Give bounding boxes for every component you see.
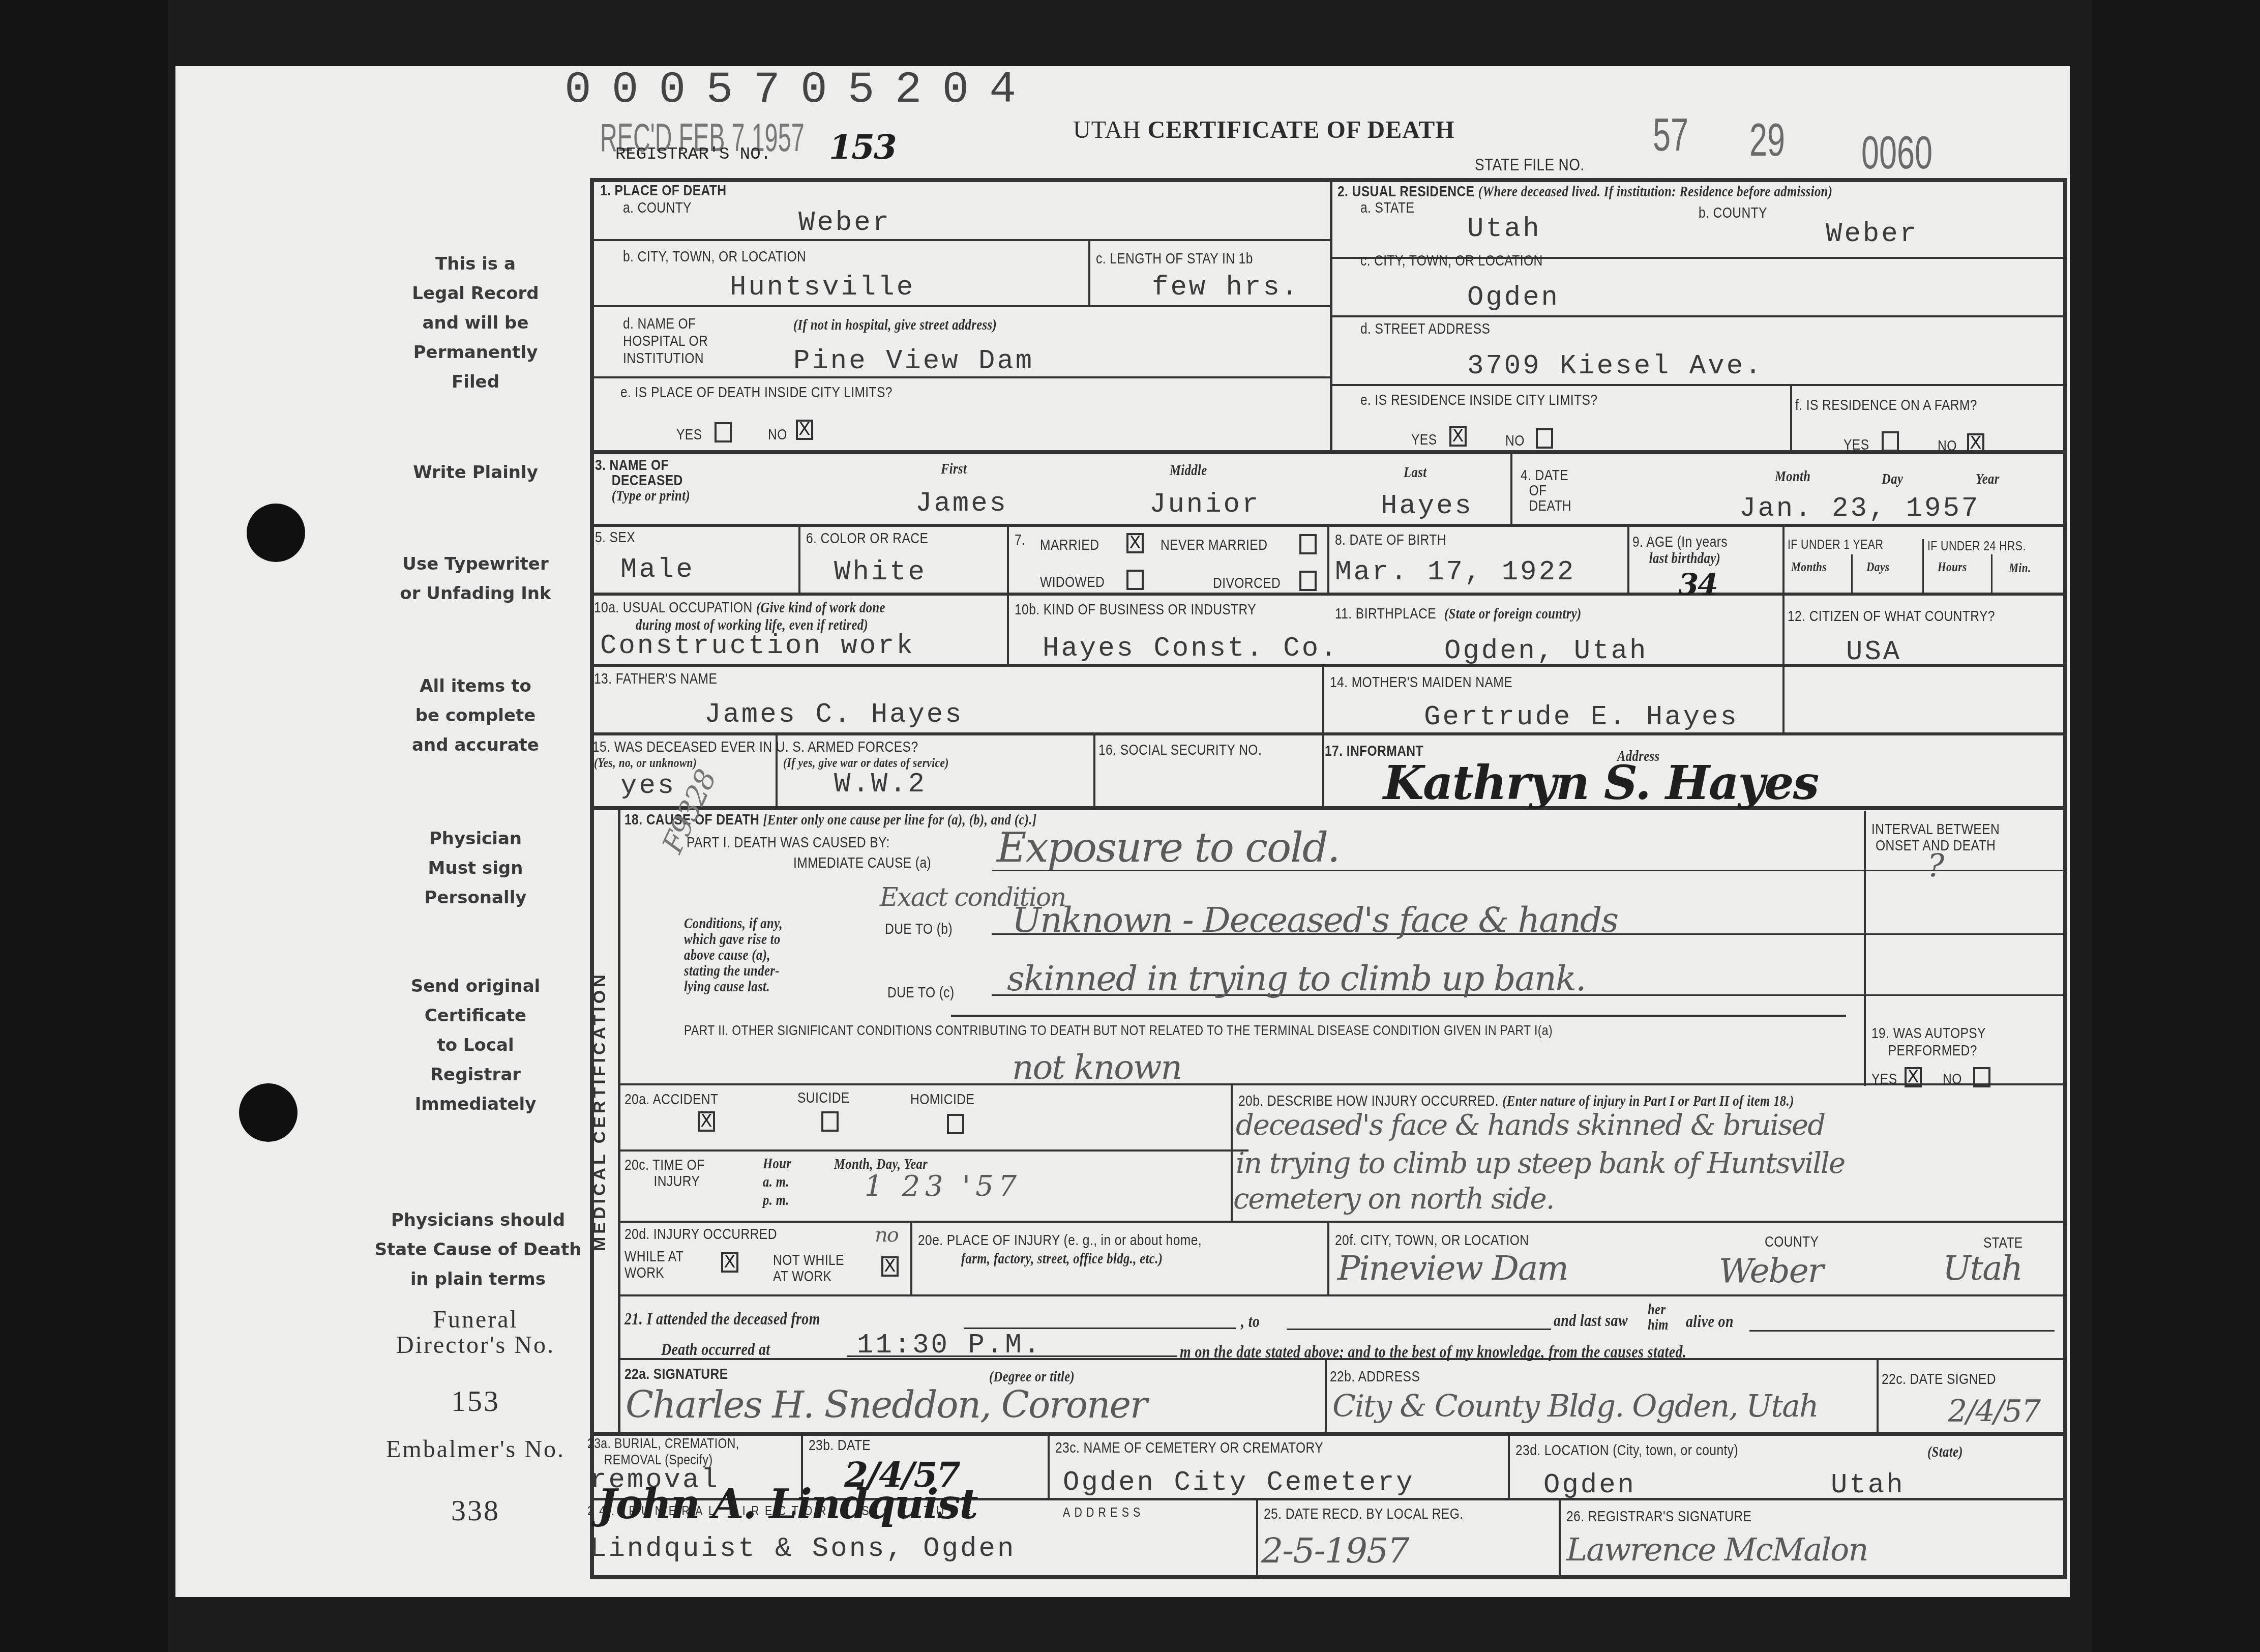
how-injury-line-3: cemetery on north side. [1233,1183,1554,1216]
injury-location-label: 20f. CITY, TOWN, OR LOCATION [1335,1232,1529,1249]
state-file-no-part-1: 57 [1653,109,1688,162]
res-inside-no-checkbox[interactable] [1536,428,1553,449]
due-to-b-value: Unknown - Deceased's face & hands [1012,900,1618,940]
suicide-checkbox[interactable] [821,1111,839,1132]
funeral-director-no: 153 [356,1389,595,1414]
ssn-label: 16. SOCIAL SECURITY NO. [1098,742,1262,759]
her-him-label: herhim [1648,1302,1669,1333]
last-saw-label: and last saw [1554,1311,1628,1331]
res-farm-yes-label: YES [1843,436,1869,454]
sex-label: 5. SEX [595,529,635,546]
conditions-hint: Conditions, if any,which gave rise toabo… [684,916,783,994]
not-while-note: no [875,1223,898,1247]
registrar-signature: Lawrence McMalon [1566,1531,1867,1568]
month-label: Month [1775,468,1810,485]
year-label: Year [1976,470,2000,488]
part1-label: PART I. DEATH WAS CAUSED BY: [687,834,890,851]
birthplace-label: 11. BIRTHPLACE [1335,605,1436,623]
death-city-value: Huntsville [730,272,915,303]
title-prefix: UTAH [1073,116,1141,143]
cemetery-location-label: 23d. LOCATION (City, town, or county) [1515,1442,1738,1459]
not-while-at-work-checkbox[interactable]: X [881,1256,899,1277]
part2-value: not known [1012,1048,1181,1087]
signer-address-label: 22b. ADDRESS [1330,1368,1420,1385]
length-of-stay-label: c. LENGTH OF STAY IN 1b [1096,250,1253,268]
state-file-no-part-2: 29 [1749,114,1785,167]
hospital-value: Pine View Dam [793,346,1034,377]
first-name-label: First [941,460,967,478]
industry-value: Hayes Const. Co. [1043,633,1339,664]
film-border-left [0,0,168,1652]
widowed-label: WIDOWED [1040,574,1105,591]
under-24-hrs-label: IF UNDER 24 HRS. [1927,538,2026,554]
death-inside-limits-no-label: NO [768,426,787,444]
married-label: MARRIED [1040,537,1099,554]
due-to-c-label: DUE TO (c) [887,984,955,1001]
father-value: James C. Hayes [704,699,964,730]
res-inside-limits-label: e. IS RESIDENCE INSIDE CITY LIMITS? [1360,392,1597,409]
never-married-label: NEVER MARRIED [1161,537,1267,554]
embalmer-no-label: Embalmer's No. [356,1437,595,1462]
cemetery-state-value: Utah [1831,1470,1905,1501]
res-county-label: b. COUNTY [1699,204,1767,222]
dob-value: Mar. 17, 1922 [1335,557,1575,588]
date-signed-value: 2/4/57 [1948,1394,2040,1429]
res-farm-no-checkbox[interactable]: X [1967,433,1984,454]
first-name-value: James [915,488,1008,519]
hour-ampm-labels: Houra. m.p. m. [763,1155,791,1209]
funeral-home-value: Lindquist & Sons, Ogden [590,1533,1016,1565]
immediate-cause-value: Exposure to cold. [997,824,1339,871]
armed-forces-label: 15. WAS DECEASED EVER IN U. S. ARMED FOR… [592,739,918,756]
age-value: 34 [1678,567,1717,602]
min-label: Min. [2009,560,2031,576]
death-city-label: b. CITY, TOWN, OR LOCATION [623,248,806,265]
margin-note-physician-sign: PhysicianMust signPersonally [366,824,585,912]
birthplace-hint: (State or foreign country) [1444,605,1582,623]
informant-signature: Kathryn S. Hayes [1383,755,1818,810]
death-inside-limits-no-checkbox[interactable]: X [796,420,813,440]
burial-label: 23a. BURIAL, CREMATION,REMOVAL (Specify) [587,1435,739,1468]
res-state-label: a. STATE [1360,199,1414,217]
punch-hole-icon [247,504,305,562]
injury-date-value: 1 23 '57 [865,1170,1022,1203]
marital-number: 7. [1015,532,1025,549]
due-to-c-value: skinned in trying to climb up bank. [1007,959,1586,999]
res-state-value: Utah [1467,214,1541,245]
place-of-injury-label: 20e. PLACE OF INJURY (e. g., in or about… [918,1232,1202,1249]
birthplace-value: Ogden, Utah [1444,636,1648,667]
day-label: Day [1882,470,1903,488]
res-county-value: Weber [1826,219,1918,250]
race-label: 6. COLOR OR RACE [806,530,928,547]
suicide-label: SUICIDE [797,1089,850,1107]
citizen-value: USA [1846,637,1901,668]
part2-label: PART II. OTHER SIGNIFICANT CONDITIONS CO… [684,1022,1553,1039]
divorced-checkbox[interactable] [1299,571,1317,591]
race-value: White [834,557,927,588]
attended-to: , to [1241,1312,1260,1332]
last-name-value: Hayes [1381,491,1473,522]
armed-war-hint: (If yes, give war or dates of service) [783,755,949,771]
hospital-hint: (If not in hospital, give street address… [793,316,997,334]
while-at-work-checkbox[interactable]: X [721,1252,738,1273]
cemetery-value: Ogden City Cemetery [1063,1467,1415,1498]
res-farm-yes-checkbox[interactable] [1882,431,1899,452]
degree-label: (Degree or title) [989,1368,1075,1385]
not-while-at-work-label: NOT WHILEAT WORK [773,1252,844,1285]
date-of-death-label: 4. DATEOFDEATH [1521,468,1571,514]
film-border-right [2092,0,2260,1652]
how-injury-line-1: deceased's face & hands skinned & bruise… [1236,1109,1825,1142]
death-occurred-tail: m on the date stated above; and to the b… [1180,1343,1686,1362]
father-label: 13. FATHER'S NAME [594,670,717,688]
place-of-injury-hint: farm, factory, street, office bldg., etc… [961,1250,1163,1267]
punch-hole-icon [239,1083,298,1142]
signature-label: 22a. SIGNATURE [625,1366,728,1383]
mother-value: Gertrude E. Hayes [1424,702,1739,733]
res-city-value: Ogden [1467,282,1560,313]
accident-checkbox[interactable]: X [698,1111,715,1132]
how-injury-line-2: in trying to climb up steep bank of Hunt… [1236,1147,1845,1180]
immediate-cause-label: IMMEDIATE CAUSE (a) [793,854,931,872]
death-occurred-label: Death occurred at [661,1340,770,1360]
interval-value: ? [1927,847,1943,884]
attended-statement: 21. I attended the deceased from [625,1310,820,1329]
hospital-label: d. NAME OFHOSPITAL ORINSTITUTION [623,315,708,367]
usual-residence-label: 2. USUAL RESIDENCE (Where deceased lived… [1337,183,1832,200]
middle-name-label: Middle [1170,462,1207,479]
signer-address-value: City & County Bldg. Ogden, Utah [1332,1389,1818,1424]
injury-city-value: Pineview Dam [1337,1249,1568,1288]
date-signed-label: 22c. DATE SIGNED [1882,1371,1996,1388]
divorced-label: DIVORCED [1213,575,1281,592]
months-label: Months [1791,559,1827,575]
armed-forces-value: yes [620,771,676,802]
res-farm-label: f. IS RESIDENCE ON A FARM? [1795,397,1977,414]
how-injury-label: 20b. DESCRIBE HOW INJURY OCCURRED. (Ente… [1238,1093,1794,1110]
stamp-serial: 0005705204 [564,65,1036,115]
margin-note-send-original: Send originalCertificateto LocalRegistra… [366,971,585,1119]
embalmer-no: 338 [356,1498,595,1523]
cemetery-label: 23c. NAME OF CEMETERY OR CREMATORY [1055,1439,1323,1457]
state-file-no-label: STATE FILE NO. [1475,155,1584,175]
occupation-label: 10a. USUAL OCCUPATION (Give kind of work… [594,599,885,616]
autopsy-no-label: NO [1943,1071,1962,1088]
date-of-death-value: Jan. 23, 1957 [1739,493,1980,524]
registrars-no-label: REGISTRAR'S NO. [615,145,771,164]
injury-state-value: Utah [1943,1249,2022,1288]
autopsy-label: 19. WAS AUTOPSYPERFORMED? [1871,1025,1986,1059]
time-of-injury-label: 20c. TIME OFINJURY [625,1157,705,1190]
married-checkbox[interactable]: X [1126,533,1144,553]
sex-value: Male [620,554,695,585]
res-inside-yes-label: YES [1411,431,1437,449]
length-of-stay-value: few hrs. [1152,272,1300,303]
accident-label: 20a. ACCIDENT [625,1091,718,1108]
margin-note-complete: All items tobe completeand accurate [366,671,585,760]
last-name-label: Last [1404,464,1426,481]
war-value: W.W.2 [834,769,927,800]
margin-note-legal: This is aLegal Recordand will bePermanen… [366,249,585,397]
under-1-year-label: IF UNDER 1 YEAR [1788,537,1883,552]
res-street-label: d. STREET ADDRESS [1360,320,1490,338]
cemetery-state-label: (State) [1927,1443,1963,1461]
death-inside-limits-label: e. IS PLACE OF DEATH INSIDE CITY LIMITS? [620,384,893,401]
certificate-title: UTAH CERTIFICATE OF DEATH [1073,116,1455,144]
autopsy-yes-label: YES [1871,1071,1897,1088]
cemetery-city-value: Ogden [1543,1470,1636,1501]
title-main: CERTIFICATE OF DEATH [1147,116,1454,143]
never-married-checkbox[interactable] [1299,534,1317,554]
due-to-b-label: DUE TO (b) [885,921,953,938]
physician-signature: Charles H. Sneddon, Coroner [626,1383,1146,1426]
death-county-value: Weber [798,208,891,239]
res-street-value: 3709 Kiesel Ave. [1467,351,1763,382]
date-recd-value: 2-5-1957 [1261,1531,1409,1571]
funeral-director-no-label: FuneralDirector's No. [356,1307,595,1358]
widowed-checkbox[interactable] [1126,570,1144,590]
hours-label: Hours [1938,559,1967,575]
margin-note-write-plainly: Write Plainly [366,458,585,487]
date-recd-label: 25. DATE RECD. BY LOCAL REG. [1264,1506,1463,1523]
alive-on-label: alive on [1686,1312,1734,1332]
mother-label: 14. MOTHER'S MAIDEN NAME [1330,674,1512,691]
county-label: a. COUNTY [623,199,692,217]
registrar-signature-label: 26. REGISTRAR'S SIGNATURE [1566,1508,1751,1525]
deceased-name-label: 3. NAME OFDECEASED(Type or print) [595,458,690,504]
medical-certification-label: MEDICAL CERTIFICATION [590,971,610,1251]
margin-note-physicians-state: Physicians shouldState Cause of Deathin … [351,1205,605,1294]
injury-county-label: COUNTY [1765,1233,1819,1251]
while-at-work-label: WHILE ATWORK [625,1249,683,1281]
death-inside-limits-yes-checkbox[interactable] [715,422,732,442]
dob-label: 8. DATE OF BIRTH [1335,532,1446,549]
res-city-label: c. CITY, TOWN, OR LOCATION [1360,252,1543,270]
autopsy-yes-checkbox[interactable]: X [1905,1067,1922,1087]
occupation-value: Construction work [600,631,915,662]
injury-occurred-label: 20d. INJURY OCCURRED [625,1226,777,1243]
res-farm-no-label: NO [1938,437,1957,455]
funeral-director-signature: John A. Lindquist [598,1480,977,1528]
margin-note-typewriter: Use Typewriteror Unfading Ink [366,549,585,608]
disposition-date-label: 23b. DATE [809,1437,871,1454]
registrars-no-value: 153 [829,127,896,167]
homicide-checkbox[interactable] [947,1114,964,1134]
funeral-address-label: ADDRESS [1063,1504,1144,1520]
res-inside-yes-checkbox[interactable]: X [1449,426,1467,447]
place-of-death-label: 1. PLACE OF DEATH [600,182,726,199]
industry-label: 10b. KIND OF BUSINESS OR INDUSTRY [1015,601,1256,618]
autopsy-no-checkbox[interactable] [1973,1067,1990,1087]
death-inside-limits-yes-label: YES [676,426,702,444]
age-label: 9. AGE (In yearslast birthday) [1632,534,1728,567]
days-label: Days [1866,559,1889,575]
res-inside-no-label: NO [1505,432,1525,450]
state-file-no-part-3: 0060 [1861,127,1932,180]
citizen-label: 12. CITIZEN OF WHAT COUNTRY? [1788,608,1995,625]
middle-name-value: Junior [1149,489,1260,520]
homicide-label: HOMICIDE [910,1091,974,1108]
armed-yes-hint: (Yes, no, or unknown) [594,755,697,771]
injury-county-value: Weber [1719,1251,1823,1290]
